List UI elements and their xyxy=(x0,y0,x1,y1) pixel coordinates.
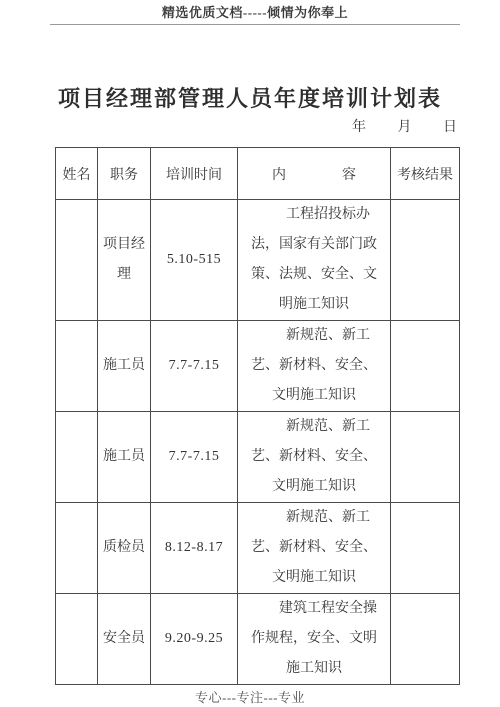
table-row: 施工员 7.7-7.15 新规范、新工艺、新材料、安全、文明施工知识 xyxy=(56,321,460,412)
name-cell xyxy=(56,321,98,412)
position-cell: 项目经理 xyxy=(98,200,151,321)
name-cell xyxy=(56,200,98,321)
position-cell: 施工员 xyxy=(98,321,151,412)
name-cell xyxy=(56,503,98,594)
table-row: 施工员 7.7-7.15 新规范、新工艺、新材料、安全、文明施工知识 xyxy=(56,412,460,503)
result-cell xyxy=(391,503,460,594)
date-line: 年 月 日 xyxy=(352,116,457,136)
time-cell: 7.7-7.15 xyxy=(151,412,238,503)
result-cell xyxy=(391,321,460,412)
column-header-time: 培训时间 xyxy=(151,148,238,200)
position-cell: 施工员 xyxy=(98,412,151,503)
table-header: 姓名 职务 培训时间 内 容 考核结果 xyxy=(56,148,460,200)
content-text: 建筑工程安全操作规程，安全、文明施工知识 xyxy=(245,594,383,684)
time-cell: 5.10-515 xyxy=(151,200,238,321)
date-month-label: 月 xyxy=(398,116,412,136)
page-footer-text: 专心---专注---专业 xyxy=(195,690,305,705)
content-cell: 建筑工程安全操作规程，安全、文明施工知识 xyxy=(238,594,391,685)
column-header-name: 姓名 xyxy=(56,148,98,200)
result-cell xyxy=(391,594,460,685)
column-header-result: 考核结果 xyxy=(391,148,460,200)
training-plan-table: 姓名 职务 培训时间 内 容 考核结果 项目经理 5.10-515 工程招投标办… xyxy=(55,147,460,685)
column-header-content: 内 容 xyxy=(238,148,391,200)
content-text: 新规范、新工艺、新材料、安全、文明施工知识 xyxy=(245,412,383,502)
result-cell xyxy=(391,200,460,321)
date-year-label: 年 xyxy=(352,116,366,136)
result-cell xyxy=(391,412,460,503)
document-title: 项目经理部管理人员年度培训计划表 xyxy=(0,82,500,113)
content-cell: 新规范、新工艺、新材料、安全、文明施工知识 xyxy=(238,412,391,503)
date-day-label: 日 xyxy=(443,116,457,136)
name-cell xyxy=(56,412,98,503)
table-row: 安全员 9.20-9.25 建筑工程安全操作规程，安全、文明施工知识 xyxy=(56,594,460,685)
time-cell: 8.12-8.17 xyxy=(151,503,238,594)
content-cell: 新规范、新工艺、新材料、安全、文明施工知识 xyxy=(238,503,391,594)
position-cell: 质检员 xyxy=(98,503,151,594)
name-cell xyxy=(56,594,98,685)
page-footer: 专心---专注---专业 xyxy=(0,687,500,706)
position-cell: 安全员 xyxy=(98,594,151,685)
table-row: 质检员 8.12-8.17 新规范、新工艺、新材料、安全、文明施工知识 xyxy=(56,503,460,594)
content-cell: 新规范、新工艺、新材料、安全、文明施工知识 xyxy=(238,321,391,412)
content-text: 新规范、新工艺、新材料、安全、文明施工知识 xyxy=(245,503,383,593)
content-text: 新规范、新工艺、新材料、安全、文明施工知识 xyxy=(245,321,383,411)
column-header-position: 职务 xyxy=(98,148,151,200)
table-row: 项目经理 5.10-515 工程招投标办法，国家有关部门政策、法规、安全、文明施… xyxy=(56,200,460,321)
content-text: 工程招投标办法，国家有关部门政策、法规、安全、文明施工知识 xyxy=(245,200,383,320)
content-cell: 工程招投标办法，国家有关部门政策、法规、安全、文明施工知识 xyxy=(238,200,391,321)
time-cell: 7.7-7.15 xyxy=(151,321,238,412)
page-header-text: 精选优质文档-----倾情为你奉上 xyxy=(162,5,348,20)
time-cell: 9.20-9.25 xyxy=(151,594,238,685)
table-header-row: 姓名 职务 培训时间 内 容 考核结果 xyxy=(56,148,460,200)
page-header: 精选优质文档-----倾情为你奉上 xyxy=(50,0,460,25)
